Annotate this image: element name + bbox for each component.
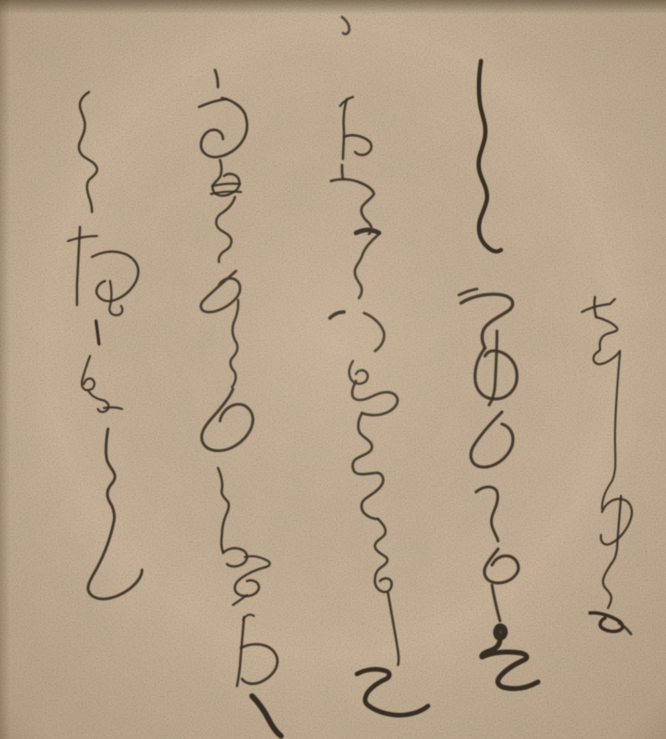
manuscript-canvas [0,0,666,739]
edge-vignette [0,0,666,739]
calligraphy-manuscript [0,0,666,739]
